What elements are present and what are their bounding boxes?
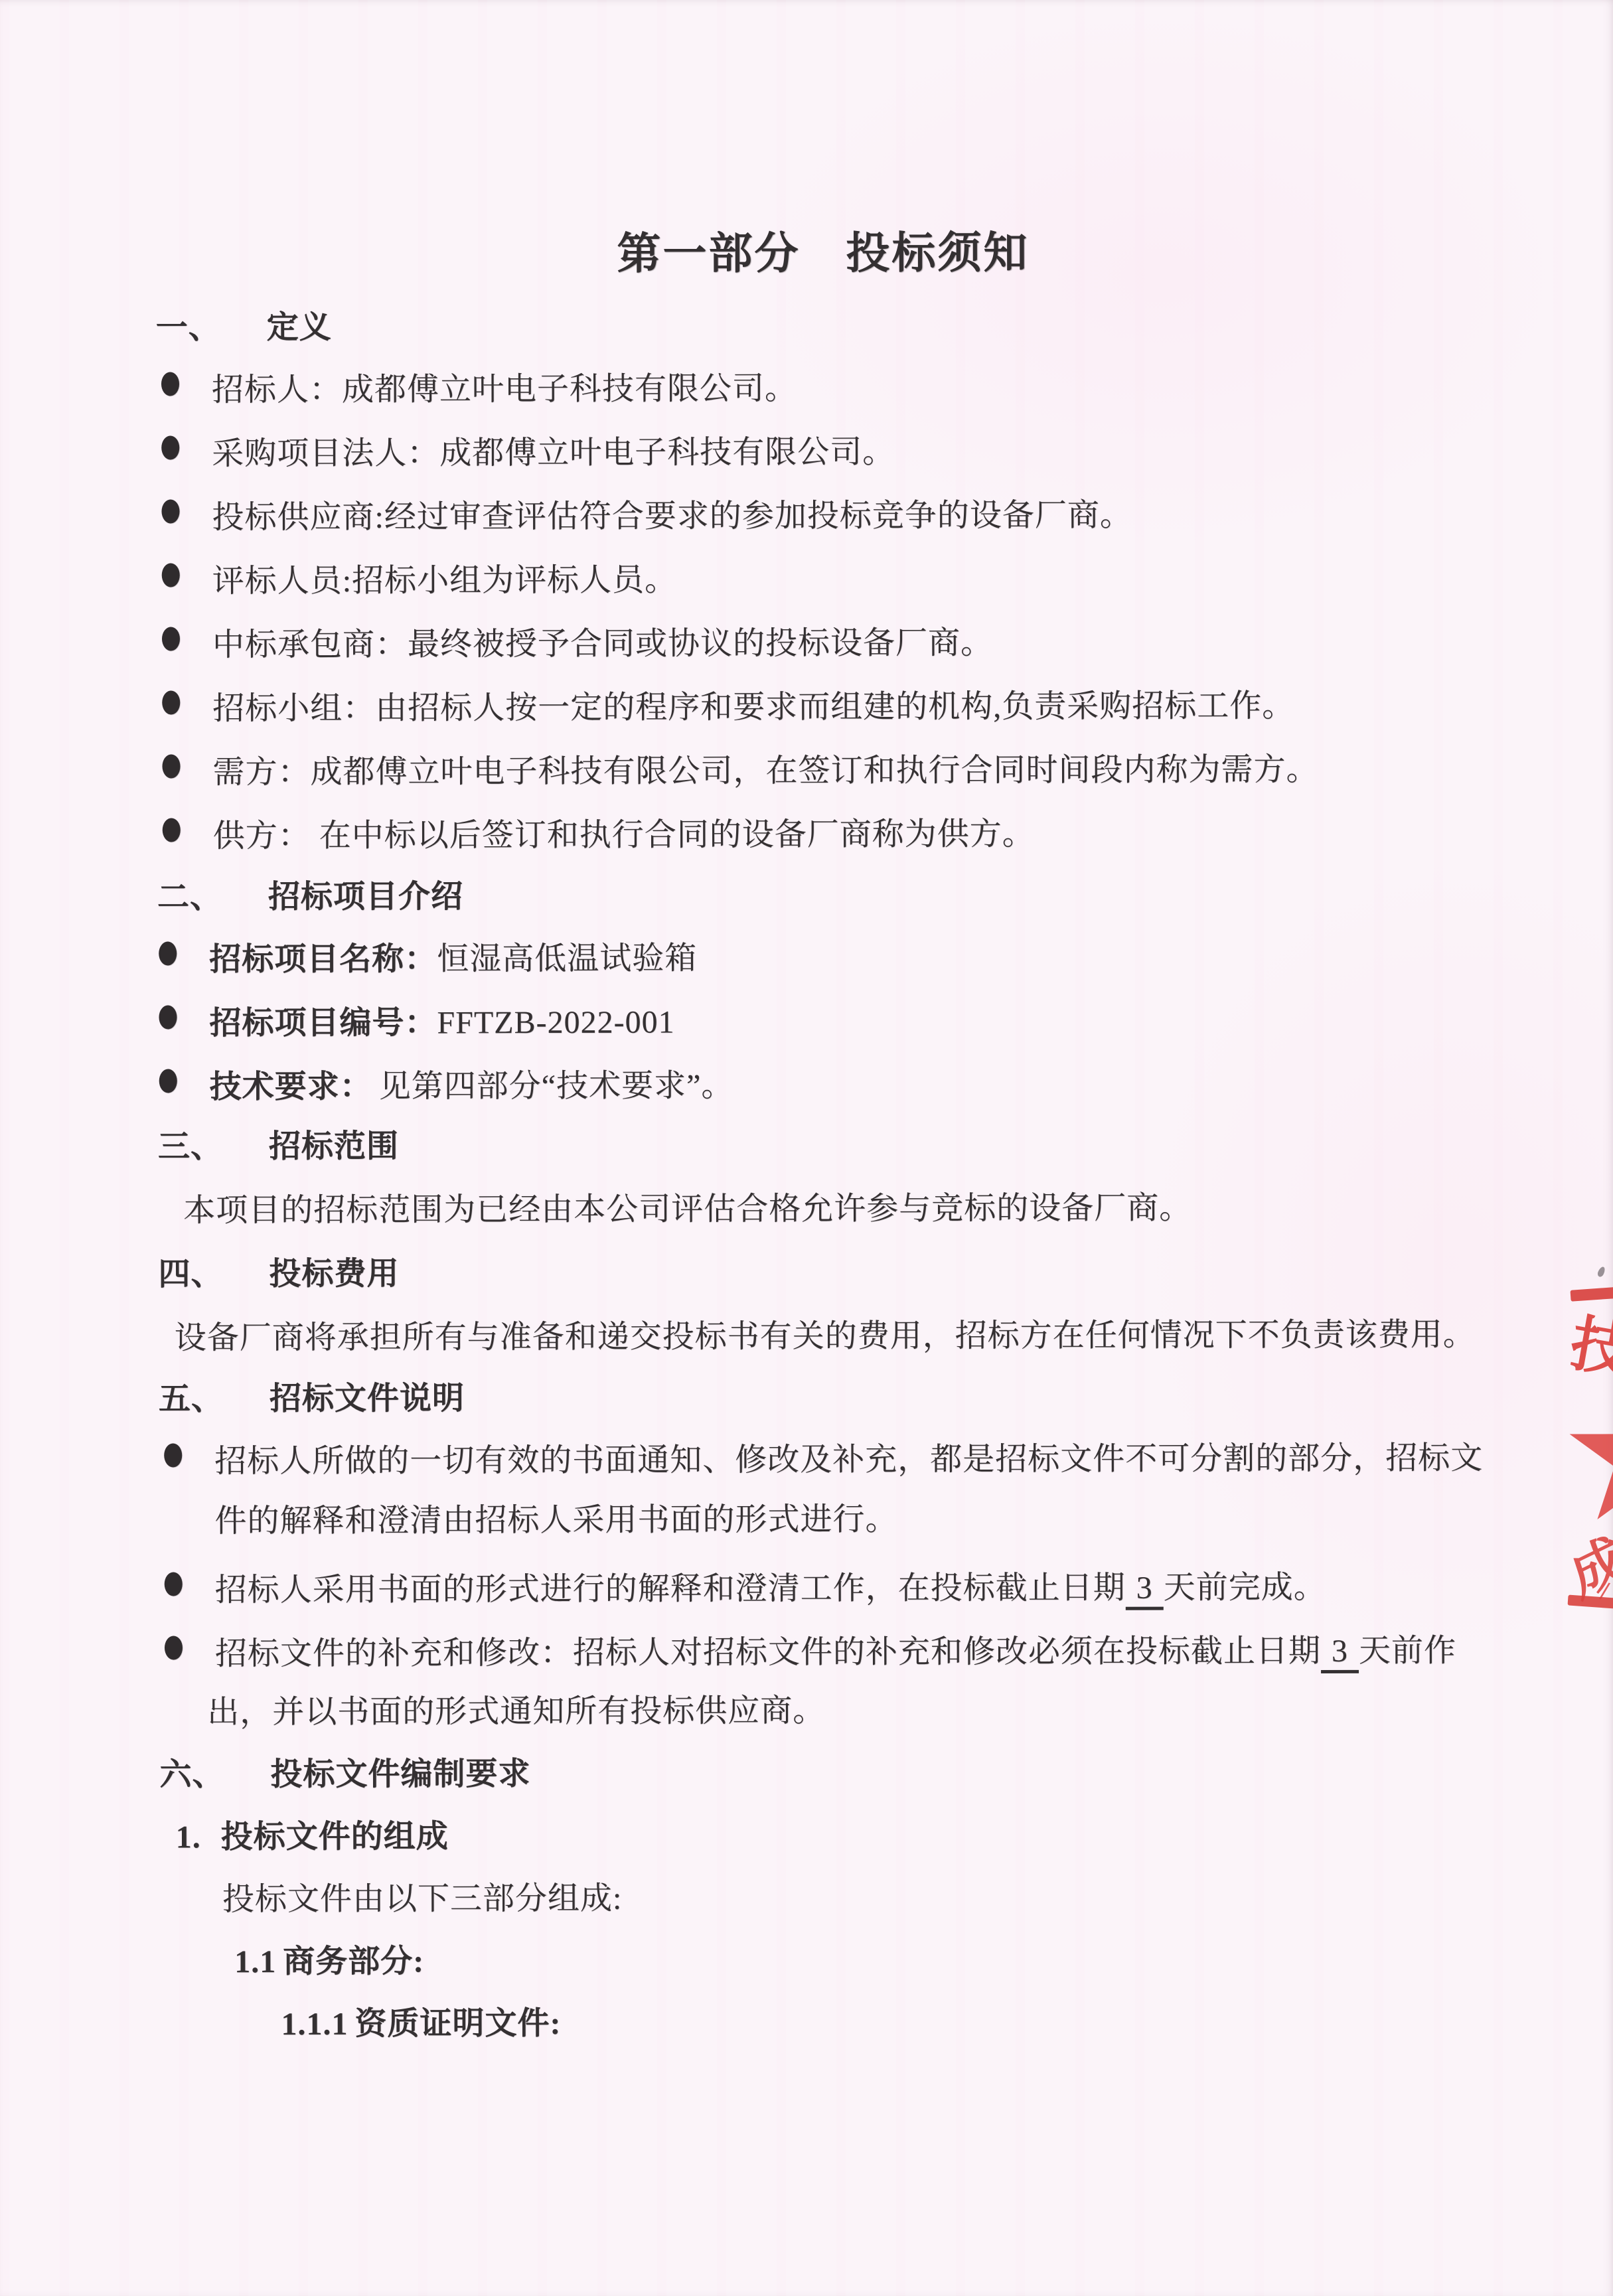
- amendment-item: 招标文件的补充和修改：招标人对招标文件的补充和修改必须在投标截止日期3天前作: [215, 1624, 1456, 1673]
- bullet-icon: [162, 690, 180, 714]
- text-layer: 第一部分 投标须知 一、 定义 招标人：成都傅立叶电子科技有限公司。 采购项目法…: [0, 0, 1613, 2296]
- definition-item: 招标小组：由招标人按一定的程序和要求而组建的机构,负责采购招标工作。: [212, 680, 1294, 728]
- notice-item-continuation: 件的解释和澄清由招标人采用书面的形式进行。: [214, 1493, 897, 1541]
- subsection-1-number: 1.: [176, 1819, 201, 1855]
- deadline-days-underlined: 3: [1126, 1570, 1164, 1610]
- definition-item: 招标人：成都傅立叶电子科技有限公司。: [212, 362, 797, 410]
- subsection-1-1-1-number: 1.1.1: [281, 2007, 348, 2042]
- section-3-paragraph: 本项目的招标范围为已经由本公司评估合格允许参与竞标的设备厂商。: [183, 1182, 1191, 1230]
- seal-character-top: 技: [1565, 1294, 1613, 1391]
- clarification-pre: 招标人采用书面的形式进行的解释和澄清工作，在投标截止日期: [215, 1570, 1126, 1608]
- definition-text: 需方：成都傅立叶电子科技有限公司，在签订和执行合同时间段内称为需方。: [212, 752, 1318, 790]
- section-4-number: 四、: [158, 1248, 223, 1294]
- section-2-heading: 招标项目介绍: [268, 870, 463, 917]
- clarification-post: 天前完成。: [1164, 1570, 1326, 1606]
- project-name-label: 招标项目名称：: [209, 941, 437, 977]
- definition-item: 评标人员:招标小组为评标人员。: [212, 554, 678, 601]
- deadline-days-underlined: 3: [1321, 1634, 1359, 1673]
- project-name-value: 恒湿高低温试验箱: [437, 941, 697, 976]
- definition-item: 需方：成都傅立叶电子科技有限公司，在签订和执行合同时间段内称为需方。: [212, 743, 1318, 792]
- bullet-icon: [159, 1005, 177, 1029]
- definition-text: 采购项目法人：成都傅立叶电子科技有限公司。: [212, 435, 895, 472]
- section-6-number: 六、: [159, 1748, 224, 1794]
- amendment-post: 天前作: [1359, 1633, 1456, 1668]
- project-name-item: 招标项目名称：恒湿高低温试验箱: [209, 932, 697, 979]
- section-5-number: 五、: [159, 1373, 224, 1418]
- project-number-value: FFTZB-2022-001: [437, 1005, 674, 1041]
- amendment-pre: 招标文件的补充和修改：招标人对招标文件的补充和修改必须在投标截止日期: [215, 1634, 1321, 1671]
- section-1-heading: 定义: [267, 301, 332, 347]
- section-5-heading: 招标文件说明: [269, 1372, 465, 1418]
- scanned-page: 第一部分 投标须知 一、 定义 招标人：成都傅立叶电子科技有限公司。 采购项目法…: [0, 0, 1613, 2296]
- bullet-icon: [163, 818, 181, 842]
- bullet-icon: [162, 563, 180, 587]
- definition-item: 采购项目法人：成都傅立叶电子科技有限公司。: [212, 426, 895, 474]
- definition-item: 供方： 在中标以后签订和执行合同的设备厂商称为供方。: [213, 808, 1035, 856]
- definition-item: 投标供应商:经过审查评估符合要求的参加投标竞争的设备厂商。: [212, 489, 1132, 538]
- section-4-paragraph: 设备厂商将承担所有与准备和递交投标书有关的费用，招标方在任何情况下不负责该费用。: [175, 1308, 1476, 1357]
- bullet-icon: [162, 754, 180, 778]
- bullet-icon: [164, 1443, 182, 1467]
- notice-text-line1: 招标人所做的一切有效的书面通知、修改及补充，都是招标文件不可分割的部分，招标文: [214, 1440, 1483, 1479]
- definition-text: 供方： 在中标以后签订和执行合同的设备厂商称为供方。: [213, 816, 1035, 854]
- subsection-1-1-1: 1.1.1资质证明文件:: [281, 1997, 561, 2044]
- section-3-heading: 招标范围: [269, 1120, 399, 1167]
- red-seal-stamp: 技 成 /: [1560, 1264, 1613, 1623]
- definition-text: 中标承包商：最终被授予合同或协议的投标设备厂商。: [212, 625, 993, 662]
- subsection-1-1-1-title: 资质证明文件:: [354, 2006, 561, 2042]
- subsection-intro: 投标文件由以下三部分组成:: [222, 1873, 623, 1920]
- bullet-icon: [161, 372, 179, 396]
- definition-text: 评标人员:招标小组为评标人员。: [212, 563, 677, 599]
- definition-item: 中标承包商：最终被授予合同或协议的投标设备厂商。: [212, 617, 993, 664]
- subsection-1-1: 1.1商务部分:: [234, 1936, 424, 1982]
- subsection-1-1-title: 商务部分:: [283, 1944, 424, 1980]
- bullet-icon: [161, 435, 179, 459]
- subsection-1-1-number: 1.1: [234, 1944, 276, 1979]
- tech-requirement-label: 技术要求：: [210, 1069, 372, 1105]
- project-number-label: 招标项目编号：: [209, 1005, 437, 1041]
- section-2-number: 二、: [157, 871, 222, 917]
- bullet-icon: [159, 1069, 177, 1093]
- definition-text: 投标供应商:经过审查评估符合要求的参加投标竞争的设备厂商。: [212, 498, 1132, 536]
- definition-text: 招标小组：由招标人按一定的程序和要求而组建的机构,负责采购招标工作。: [212, 688, 1294, 726]
- section-4-heading: 投标费用: [269, 1248, 399, 1294]
- notice-item: 招标人所做的一切有效的书面通知、修改及补充，都是招标文件不可分割的部分，招标文: [214, 1432, 1483, 1481]
- bullet-icon: [161, 499, 179, 523]
- subsection-1-title: 投标文件的组成: [221, 1819, 449, 1855]
- definition-text: 招标人：成都傅立叶电子科技有限公司。: [212, 371, 797, 408]
- clarification-item: 招标人采用书面的形式进行的解释和澄清工作，在投标截止日期3天前完成。: [215, 1561, 1326, 1610]
- section-6-heading: 投标文件编制要求: [270, 1748, 530, 1794]
- tech-requirement-item: 技术要求：见第四部分“技术要求”。: [210, 1059, 734, 1107]
- doc-title: 第一部分 投标须知: [617, 217, 1029, 281]
- tech-requirement-value: 见第四部分“技术要求”。: [379, 1068, 734, 1104]
- bullet-icon: [162, 627, 180, 651]
- bullet-icon: [165, 1636, 183, 1659]
- project-number-item: 招标项目编号：FFTZB-2022-001: [209, 996, 674, 1043]
- section-3-number: 三、: [158, 1120, 223, 1166]
- section-1-number: 一、: [156, 301, 221, 347]
- bullet-icon: [159, 941, 177, 965]
- bullet-icon: [165, 1572, 183, 1596]
- amendment-item-continuation: 出，并以书面的形式通知所有投标供应商。: [207, 1685, 825, 1732]
- seal-arc-bottom: [1568, 1595, 1613, 1609]
- subsection-1: 1.投标文件的组成: [176, 1810, 449, 1857]
